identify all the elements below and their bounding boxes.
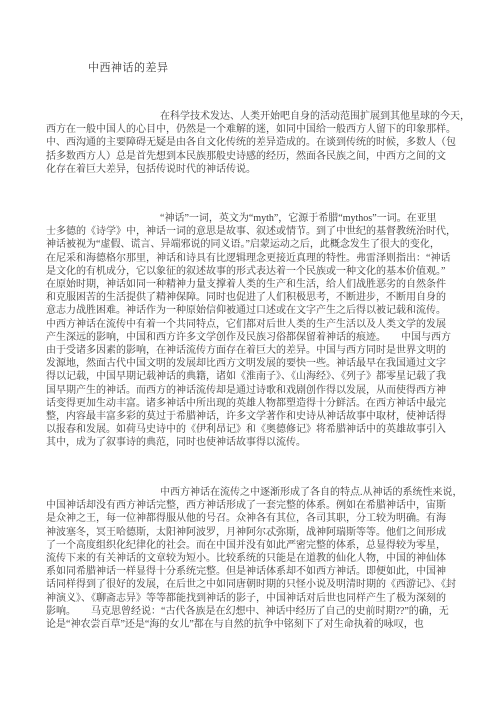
paragraph-myth-definition: “神话”一词，英文为“myth”，它源于希腊“mythos”一词。在亚里 士多德… [46, 212, 486, 450]
paragraph-intro: 在科学技术发达、人类开始吧自身的活动范围扩展到其他星球的今天， 西方在一般中国人… [46, 110, 486, 176]
document-page: 中西神话的差异 在科学技术发达、人类开始吧自身的活动范围扩展到其他星球的今天， … [0, 0, 496, 702]
paragraph-system-comparison: 中西方神话在流传之中逐渐形成了各自的特点.从神话的系统性来说， 中国神话却没有西… [46, 486, 486, 631]
document-title: 中西神话的差异 [88, 59, 169, 75]
